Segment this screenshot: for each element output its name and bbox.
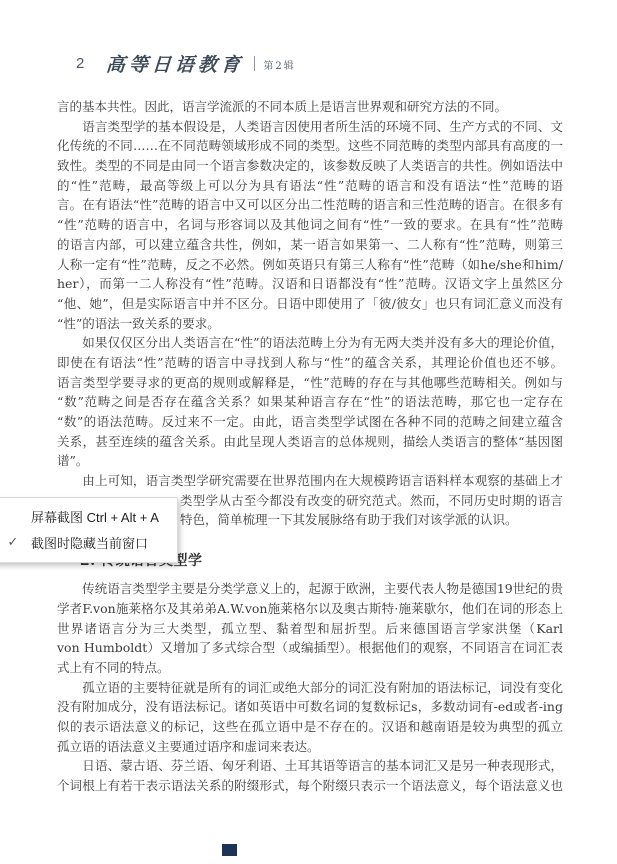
text-line: 的“性”范畴，最高等级上可以分为具有语法“性”范畴的语言和没有语法“性”范畴的语 [57, 176, 563, 196]
text-line: 似的表示语法意义的标记，这些在孤立语中是不存在的。汉语和越南语是较为典型的孤立语… [57, 717, 563, 737]
text-line: 孤立语的语法意义主要通过语序和虚词来表达。 [57, 737, 563, 757]
issue-label: 第2辑 [263, 55, 295, 72]
text-line: 如果仅仅区分出人类语言在“性”的语法范畴上分为有无两大类并没有多大的理论价值， [57, 333, 563, 353]
text-line: 学者F.von施莱格尔及其弟弟A.W.von施莱格尔以及奥古斯特·施莱歇尔，他们… [57, 599, 563, 619]
text-line: 语言类型学的基本假设是，人类语言因使用者所生活的环境不同、生产方式的不同、文 [57, 117, 563, 137]
text-line: “数”范畴之间是否存在蕴含关系？如果某种语言存在“性”的语法范畴，那它也一定存在 [57, 392, 563, 412]
body-text-column: 言的基本共性。因此，语言学流派的不同本质上是语言世界观和研究方法的不同。 语言类… [57, 97, 563, 796]
menu-items: ✓ 屏幕截图 Ctrl + Alt + A ✓ 截图时隐藏当前窗口 [0, 503, 177, 555]
text-line: 由上可知，语言类型学研究需要在世界范围内在大规模跨语言语料样本观察的基础上才能 [57, 471, 563, 491]
text-line: “性”的语法一致关系的要求。 [57, 314, 563, 334]
text-line: “性”范畴的语言中，名词与形容词以及其他词之间有“性”一致的要求。在具有“性”范… [57, 215, 563, 235]
text-line: 式上有不同的特点。 [57, 658, 563, 678]
text-line: 语言类型学要寻求的更高的规则或解释是，“性”范畴的存在与其他哪些范畴相关。例如与 [57, 373, 563, 393]
text-cursor [222, 844, 237, 856]
text-line: 没有附加成分，没有语法标记。诸如英语中可数名词的复数标记s，多数动词有-ed或者… [57, 697, 563, 717]
menu-item-label: 屏幕截图 Ctrl + Alt + A [31, 507, 159, 526]
text-line: 化传统的不同……在不同范畴领域形成不同的类型。这些不同范畴的类型内部具有高度的一 [57, 136, 563, 156]
journal-title: 高等日语教育 [105, 50, 245, 77]
page-header: 2 高等日语教育 第2辑 [76, 50, 296, 76]
text-line: 言。在有语法“性”范畴的语言中又可以区分出二性范畴的语言和三性范畴的语言。在很多… [57, 195, 563, 215]
text-line: 日语、蒙古语、芬兰语、匈牙利语、土耳其语等语言的基本词汇又是另一种表现形式，一 [57, 756, 563, 776]
text-line: 谱”。 [57, 451, 563, 471]
page-number: 2 [76, 55, 84, 72]
text-line: “数”的语法范畴。反过来不一定。由此，语言类型学试图在各种不同的范畴之间建立蕴含 [57, 412, 563, 432]
section-2-lines: 传统语言类型学主要是分类学意义上的，起源于欧洲，主要代表人物是德国19世纪的贵族… [57, 579, 563, 796]
text-line: “他、她”，但是实际语言中并不区分。日语中即使用了「彼/彼女」也只有词汇意义而没… [57, 294, 563, 314]
screenshot-context-menu: ✓ 屏幕截图 Ctrl + Alt + A ✓ 截图时隐藏当前窗口 [0, 497, 178, 563]
menu-item[interactable]: ✓ 截图时隐藏当前窗口 [0, 529, 177, 555]
text-line: her），而第一二人称没有“性”范畴。汉语和日语都没有“性”范畴。汉语文字上虽然… [57, 274, 563, 294]
text-line: von Humboldt）又增加了多式综合型（或编插型）。根据他们的观察，不同语… [57, 638, 563, 658]
section-1-lines: 言的基本共性。因此，语言学流派的不同本质上是语言世界观和研究方法的不同。 语言类… [57, 97, 563, 530]
text-line: 即使在有语法“性”范畴的语言中寻找到人称与“性”的蕴含关系，其理论价值也还不够。 [57, 353, 563, 373]
text-line: 传统语言类型学主要是分类学意义上的，起源于欧洲，主要代表人物是德国19世纪的贵族 [57, 579, 563, 599]
text-line: 孤立语的主要特征就是所有的词汇或绝大部分的词汇没有附加的语法标记，词没有变化也 [57, 678, 563, 698]
text-line: 世界诸语言分为三大类型，孤立型、黏着型和屈折型。后来德国语言学家洪堡（Karl … [57, 619, 563, 639]
header-divider [254, 56, 255, 71]
check-icon: ✓ [0, 534, 31, 550]
text-line: 言的基本共性。因此，语言学流派的不同本质上是语言世界观和研究方法的不同。 [57, 97, 563, 117]
text-line: 关系，甚至连续的蕴含关系。由此呈现人类语言的总体规则，描绘人类语言的整体“基因图 [57, 432, 563, 452]
text-line: 人称一定有“性”范畴，反之不必然。例如英语只有第三人称有“性”范畴（如he/sh… [57, 255, 563, 275]
text-line: 个词根上有若干表示语法关系的附缀形式，每个附缀只表示一个语法意义，每个语法意义也… [57, 776, 563, 796]
text-line: 致性。类型的不同是由同一个语言参数决定的，该参数反映了人类语言的共性。例如语法中 [57, 156, 563, 176]
menu-item-label: 截图时隐藏当前窗口 [31, 533, 148, 552]
document-page: 2 高等日语教育 第2辑 言的基本共性。因此，语言学流派的不同本质上是语言世界观… [0, 0, 617, 864]
text-line: 的语言内部，可以建立蕴含共性，例如，某一语言如果第一、二人称有“性”范畴，则第三 [57, 235, 563, 255]
menu-item[interactable]: ✓ 屏幕截图 Ctrl + Alt + A [0, 503, 177, 529]
